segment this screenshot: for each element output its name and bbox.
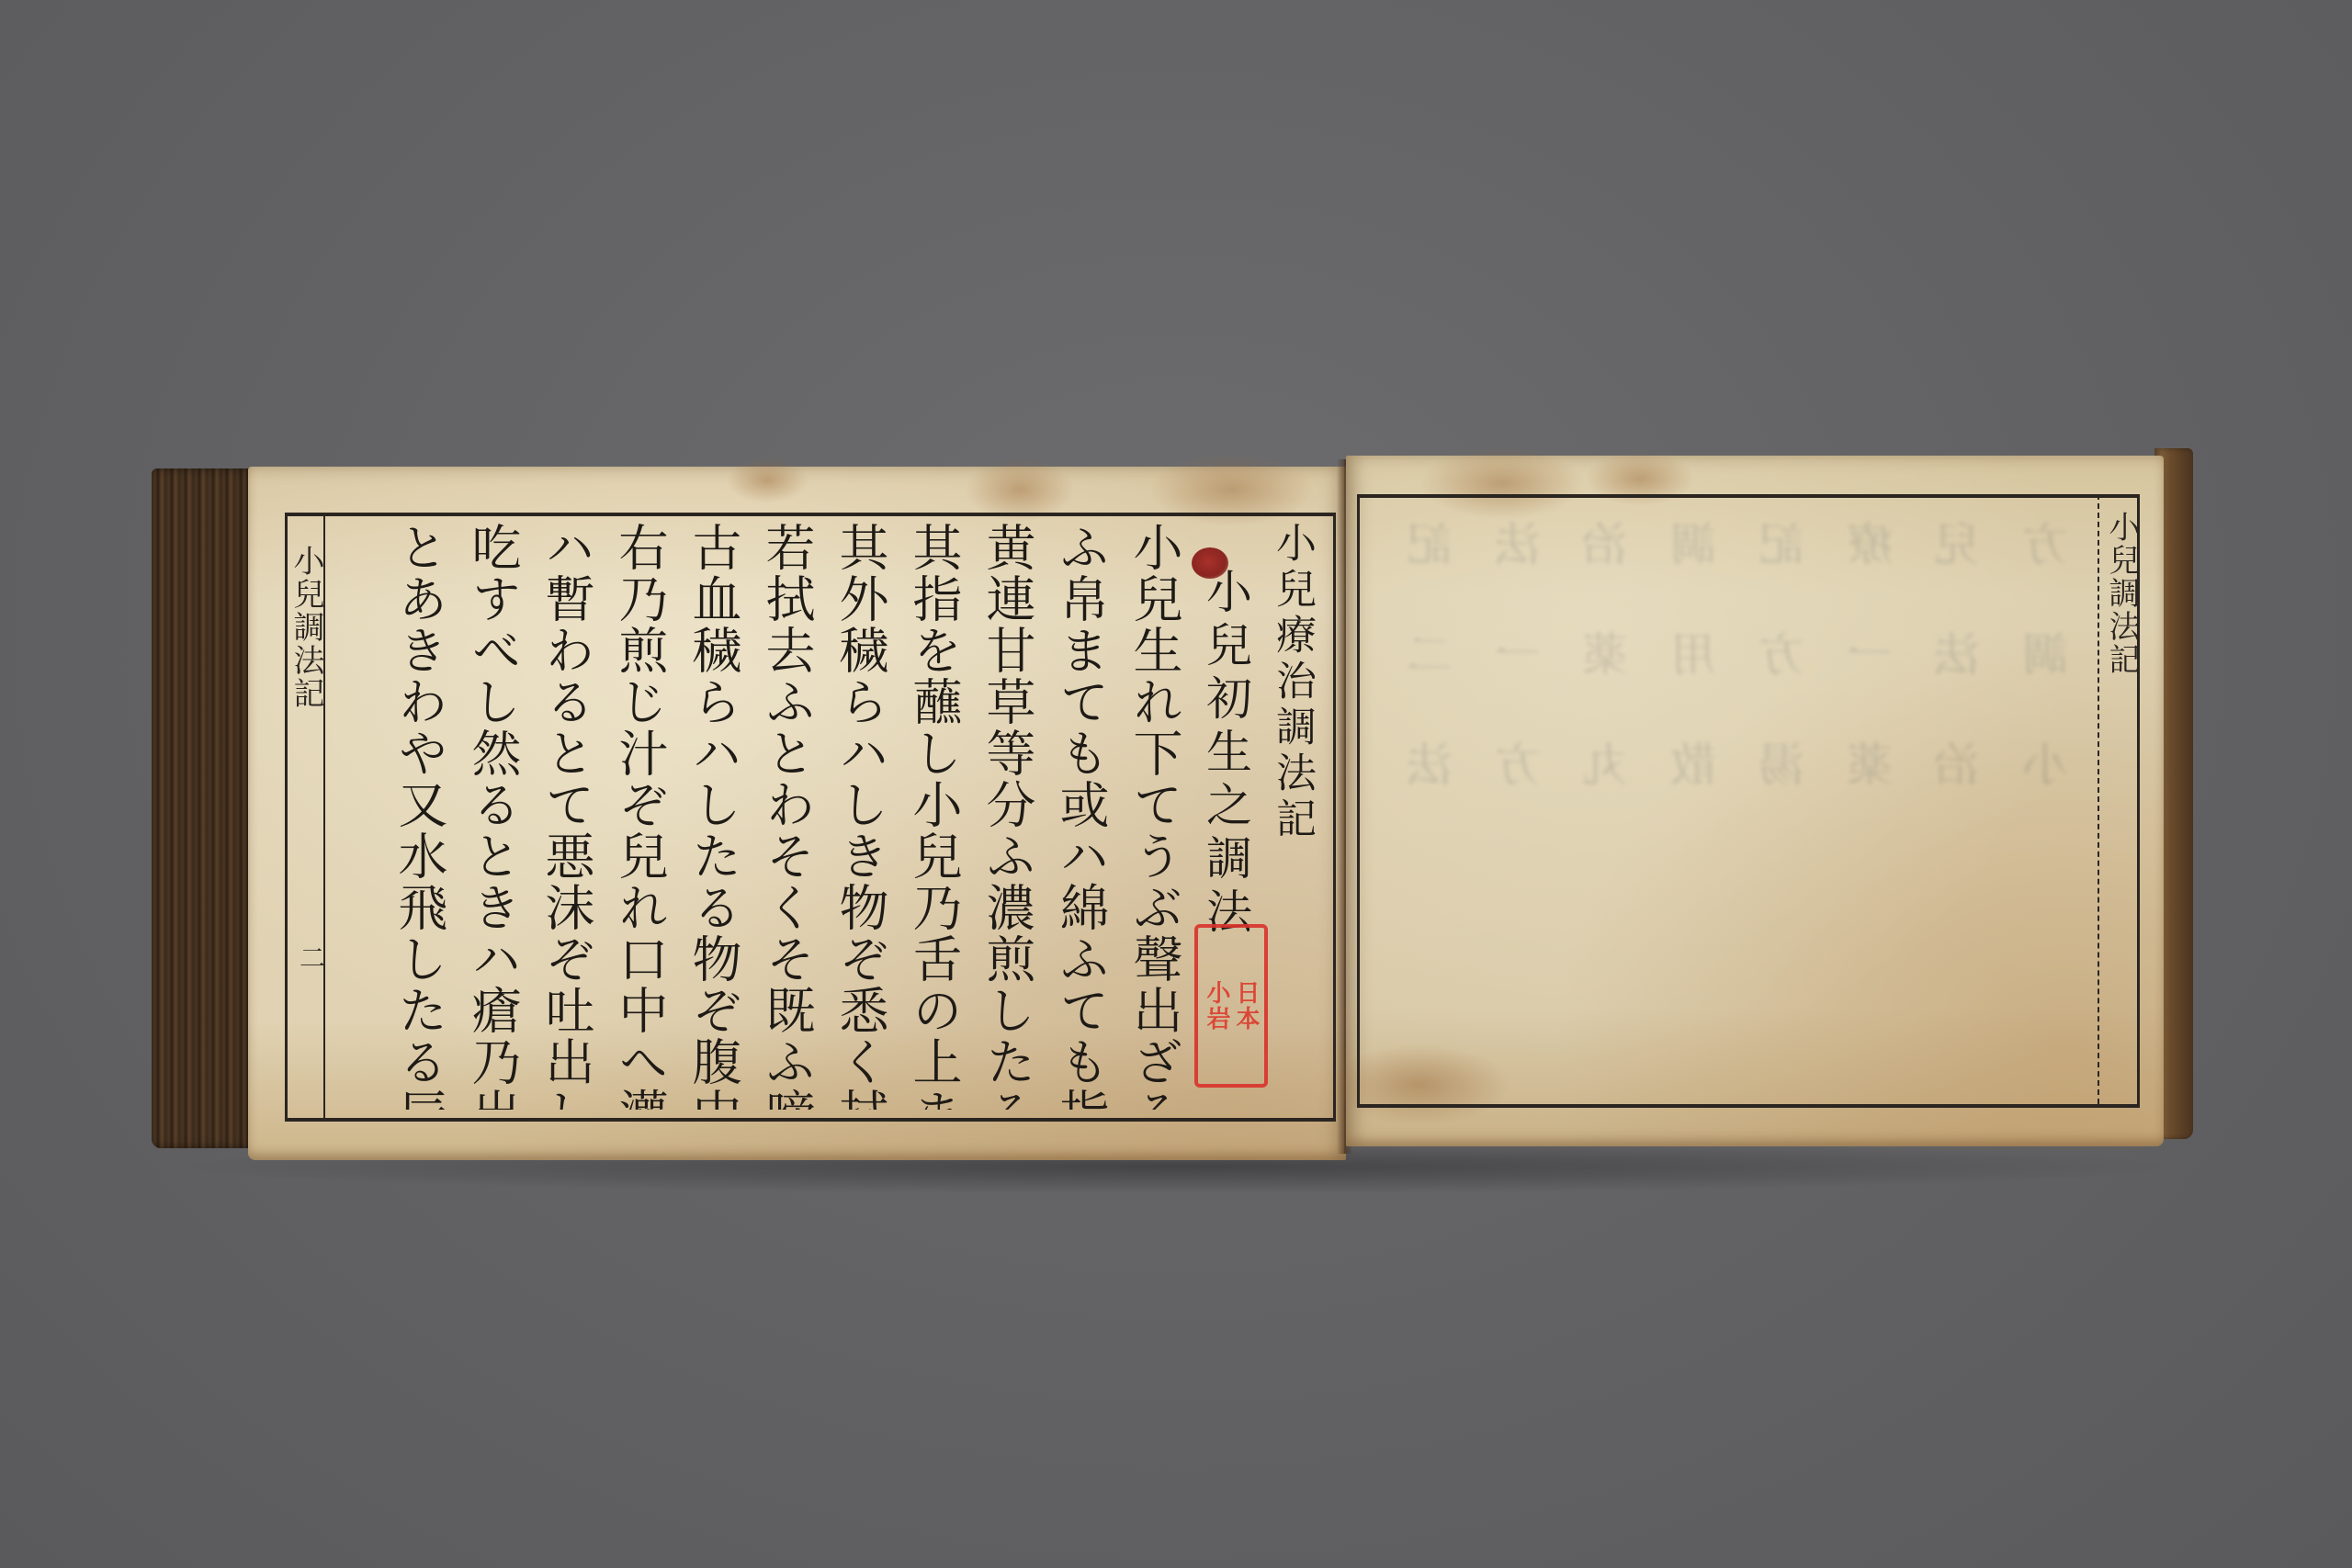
left-page: 小兒調法記 二 小兒療治調法記 小兒初生之調法 小兒生れ下てうぶ聲出ざる前 ふ帛… bbox=[248, 467, 1346, 1160]
ghost-column: 調 用 散 bbox=[1665, 520, 1729, 1053]
text-column: ふ帛まても或ハ綿ふても指ぞ巻包て bbox=[1044, 522, 1117, 1110]
text-column: 右乃煎じ汁ぞ兒れ口中へ灌呑ませ bbox=[603, 522, 676, 1110]
spine-margin-title: 小兒調法記 bbox=[2105, 511, 2138, 676]
vertical-text-body: 小兒療治調法記 小兒初生之調法 小兒生れ下てうぶ聲出ざる前 ふ帛まても或ハ綿ふて… bbox=[335, 522, 1323, 1110]
section-heading-text: 小兒初生之調法 bbox=[1199, 568, 1252, 941]
bleed-through-text: 方 調 小 兒 法 治 療 一 薬 記 方 湯 調 用 散 治 薬 丸 法 一 … bbox=[1401, 520, 2081, 1053]
ghost-column: 方 調 小 bbox=[2017, 520, 2081, 1053]
right-page: 方 調 小 兒 法 治 療 一 薬 記 方 湯 調 用 散 治 薬 丸 法 一 … bbox=[1346, 456, 2164, 1146]
ghost-column: 療 一 薬 bbox=[1841, 520, 1905, 1053]
ghost-column: 記 二 法 bbox=[1401, 520, 1465, 1053]
text-column: 吃すべし然るときハ瘡乃出ると輕し bbox=[456, 522, 529, 1110]
book-title-column: 小兒療治調法記 bbox=[1261, 522, 1323, 1110]
water-stain bbox=[726, 457, 808, 503]
seal-text: 小岩 bbox=[1203, 980, 1230, 1032]
seal-text: 日本 bbox=[1232, 980, 1260, 1032]
page-number: 二 bbox=[292, 944, 329, 970]
spine-margin-title: 小兒調法記 bbox=[289, 545, 322, 710]
ghost-column: 兒 法 治 bbox=[1928, 520, 1993, 1053]
text-column: ハ暫わるとて悪沫ぞ吐出し其後乳ぞ bbox=[529, 522, 603, 1110]
text-column: 若拭去ふとわそくそ既ふ啼聲出て bbox=[750, 522, 823, 1110]
open-book: 小兒調法記 二 小兒療治調法記 小兒初生之調法 小兒生れ下てうぶ聲出ざる前 ふ帛… bbox=[152, 448, 2193, 1165]
ghost-column: 治 薬 丸 bbox=[1577, 520, 1641, 1053]
ghost-column: 記 方 湯 bbox=[1753, 520, 1817, 1053]
red-ink-dot bbox=[1192, 547, 1228, 579]
text-column: 小兒生れ下てうぶ聲出ざる前 bbox=[1117, 522, 1191, 1110]
text-column: 其外穢らハしき物ぞ悉く拭去べし bbox=[823, 522, 897, 1110]
ghost-column: 法 一 方 bbox=[1489, 520, 1554, 1053]
text-column: 黄連甘草等分ふ濃煎したる汁ろ bbox=[970, 522, 1044, 1110]
text-column: 其指を蘸し小兒乃舌の上まわつ古血 bbox=[897, 522, 970, 1110]
margin-rule bbox=[2098, 494, 2099, 1104]
text-column: 古血穢らハしたる物ぞ腹中ふ呑ふるべ bbox=[676, 522, 750, 1110]
left-page-stack bbox=[152, 468, 253, 1148]
text-column: とあきわや又水飛したる辰砂ぞ白蜜 bbox=[382, 522, 456, 1110]
red-seal-stamp: 日本 小岩 bbox=[1194, 924, 1268, 1088]
